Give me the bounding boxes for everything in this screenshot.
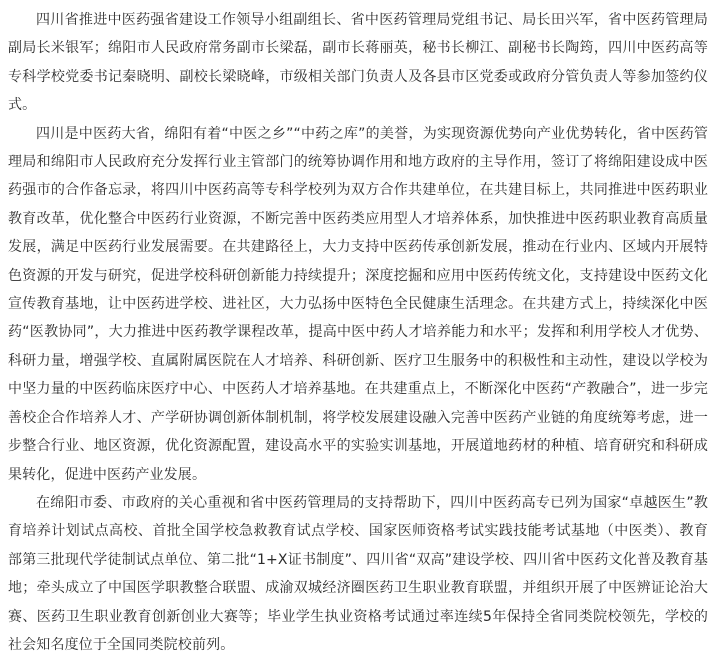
paragraph-school-achievements: 在绵阳市委、市政府的关心重视和省中医药管理局的支持帮助下，四川中医药高专已列为国…: [8, 489, 708, 659]
paragraph-signing-attendees: 四川省推进中医药强省建设工作领导小组副组长、省中医药管理局党组书记、局长田兴军，…: [8, 6, 708, 120]
article-body: 四川省推进中医药强省建设工作领导小组副组长、省中医药管理局党组书记、局长田兴军，…: [8, 6, 708, 659]
paragraph-cooperation-memorandum: 四川是中医药大省，绵阳有着“中医之乡”“中药之库”的美誉，为实现资源优势向产业优…: [8, 120, 708, 489]
